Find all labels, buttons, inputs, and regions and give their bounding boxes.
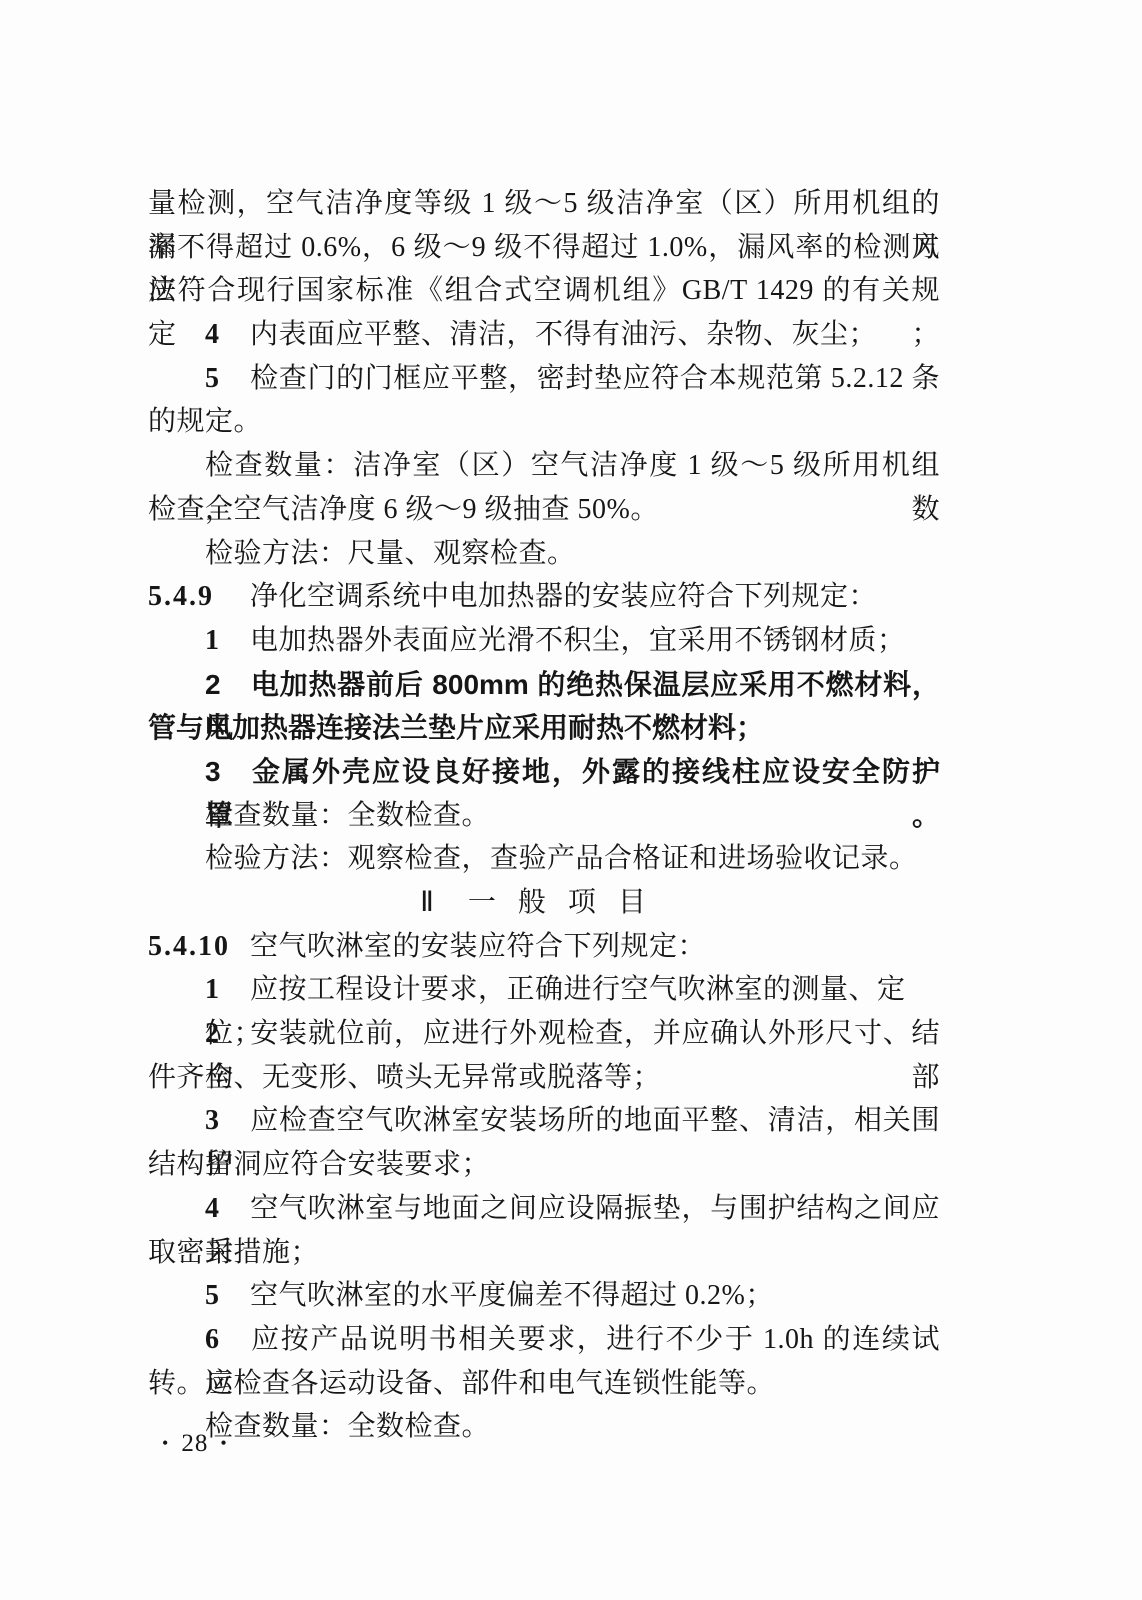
- clause-line: 5.4.10空气吹淋室的安装应符合下列规定：: [148, 925, 940, 969]
- document-body: 量检测，空气洁净度等级 1 级～5 级洁净室（区）所用机组的漏风率不得超过 0.…: [148, 182, 940, 1449]
- item-number: 2: [205, 1012, 250, 1056]
- item-number: 3: [205, 1099, 250, 1143]
- heading-label: 一般项目: [468, 887, 668, 918]
- page-number-value: 28: [181, 1430, 208, 1457]
- page-number-dot-right: •: [208, 1433, 239, 1453]
- text-line: 量检测，空气洁净度等级 1 级～5 级洁净室（区）所用机组的漏风: [148, 182, 940, 226]
- item-line: 6应按产品说明书相关要求，进行不少于 1.0h 的连续试运: [148, 1318, 940, 1362]
- item-line: 3金属外壳应设良好接地，外露的接线柱应设安全防护罩。: [148, 750, 940, 794]
- text-line: 检查数量：洁净室（区）空气洁净度 1 级～5 级所用机组全数: [148, 444, 940, 488]
- text-line: 管与电加热器连接法兰垫片应采用耐热不燃材料；: [148, 706, 940, 750]
- text-line: 检查数量：全数检查。: [148, 1405, 940, 1449]
- item-number: 5: [205, 1274, 250, 1318]
- text-line: 取密封措施；: [148, 1231, 940, 1275]
- page-number: •28•: [150, 1426, 240, 1461]
- line-text: 检查数量：全数检查。: [205, 1411, 490, 1442]
- line-text: 空气吹淋室的安装应符合下列规定：: [250, 931, 706, 962]
- item-line: 3应检查空气吹淋室安装场所的地面平整、清洁，相关围护: [148, 1099, 940, 1143]
- item-line: 4内表面应平整、清洁，不得有油污、杂物、灰尘；: [148, 313, 940, 357]
- text-line: 应符合现行国家标准《组合式空调机组》GB/T 1429 的有关规定；: [148, 269, 940, 313]
- text-line: 的规定。: [148, 400, 940, 444]
- section-heading: Ⅱ一般项目: [148, 881, 940, 925]
- item-number: 6: [205, 1318, 250, 1362]
- item-line: 4空气吹淋室与地面之间应设隔振垫，与围护结构之间应采: [148, 1187, 940, 1231]
- line-text: 空气吹淋室的水平度偏差不得超过 0.2%；: [250, 1280, 774, 1311]
- clause-number: 5.4.9: [148, 575, 250, 619]
- line-text: 净化空调系统中电加热器的安装应符合下列规定：: [250, 581, 877, 612]
- item-number: 1: [205, 619, 250, 663]
- item-number: 4: [205, 313, 250, 357]
- item-number: 5: [205, 357, 250, 401]
- item-number: 4: [205, 1187, 250, 1231]
- item-line: 2电加热器前后 800mm 的绝热保温层应采用不燃材料，风: [148, 663, 940, 707]
- line-text: 转。应检查各运动设备、部件和电气连锁性能等。: [148, 1368, 775, 1399]
- line-text: 结构留洞应符合安装要求；: [148, 1149, 490, 1180]
- text-line: 检验方法：观察检查，查验产品合格证和进场验收记录。: [148, 837, 940, 881]
- item-number: 3: [205, 750, 250, 794]
- line-text: 件齐全、无变形、喷头无异常或脱落等；: [148, 1062, 661, 1093]
- line-text: 内表面应平整、清洁，不得有油污、杂物、灰尘；: [250, 319, 877, 350]
- line-text: 检验方法：观察检查，查验产品合格证和进场验收记录。: [205, 843, 918, 874]
- heading-roman-numeral: Ⅱ: [420, 881, 434, 925]
- line-text: 电加热器外表面应光滑不积尘，宜采用不锈钢材质；: [250, 625, 906, 656]
- item-line: 1应按工程设计要求，正确进行空气吹淋室的测量、定位；: [148, 968, 940, 1012]
- line-text: 的规定。: [148, 406, 262, 437]
- document-page: 量检测，空气洁净度等级 1 级～5 级洁净室（区）所用机组的漏风率不得超过 0.…: [0, 0, 1142, 1600]
- line-text: 取密封措施；: [148, 1237, 319, 1268]
- line-text: 检查数量：全数检查。: [205, 800, 490, 831]
- item-line: 5检查门的门框应平整，密封垫应符合本规范第 5.2.12 条: [148, 357, 940, 401]
- item-line: 5空气吹淋室的水平度偏差不得超过 0.2%；: [148, 1274, 940, 1318]
- text-line: 检验方法：尺量、观察检查。: [148, 532, 940, 576]
- page-number-dot-left: •: [150, 1433, 181, 1453]
- item-line: 2安装就位前，应进行外观检查，并应确认外形尺寸、结构部: [148, 1012, 940, 1056]
- clause-line: 5.4.9净化空调系统中电加热器的安装应符合下列规定：: [148, 575, 940, 619]
- line-text: 检验方法：尺量、观察检查。: [205, 538, 576, 569]
- clause-number: 5.4.10: [148, 925, 250, 969]
- line-text: 管与电加热器连接法兰垫片应采用耐热不燃材料；: [148, 712, 764, 743]
- line-text: 检查，空气洁净度 6 级～9 级抽查 50%。: [148, 494, 659, 525]
- text-line: 结构留洞应符合安装要求；: [148, 1143, 940, 1187]
- text-line: 率不得超过 0.6%，6 级～9 级不得超过 1.0%，漏风率的检测方法: [148, 226, 940, 270]
- line-text: 检查门的门框应平整，密封垫应符合本规范第 5.2.12 条: [250, 363, 940, 394]
- item-number: 1: [205, 968, 250, 1012]
- item-number: 2: [205, 663, 250, 707]
- text-line: 转。应检查各运动设备、部件和电气连锁性能等。: [148, 1362, 940, 1406]
- item-line: 1电加热器外表面应光滑不积尘，宜采用不锈钢材质；: [148, 619, 940, 663]
